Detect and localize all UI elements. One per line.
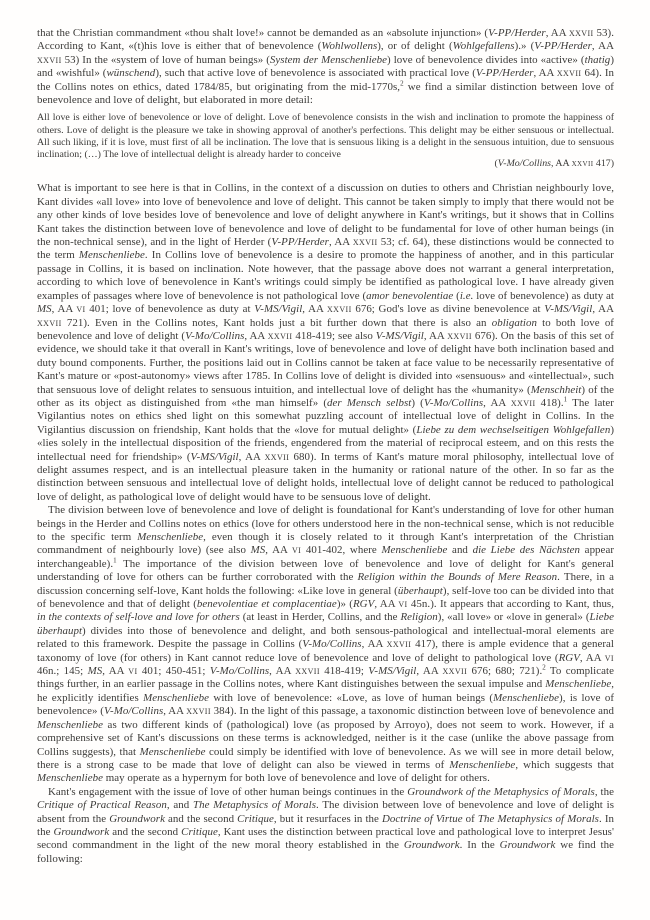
paragraph-kants-engagement: Kant's engagement with the issue of love… — [37, 786, 614, 866]
block-quote: All love is either love of benevolence o… — [37, 112, 614, 170]
paragraph-continuation: that the Christian commandment «thou sha… — [37, 27, 614, 107]
block-quote-text: All love is either love of benevolence o… — [37, 112, 614, 161]
page: that the Christian commandment «thou sha… — [0, 0, 650, 920]
paragraph-division-foundational: The division between love of benevolence… — [37, 504, 614, 786]
paragraph-collins-analysis: What is important to see here is that in… — [37, 182, 614, 504]
